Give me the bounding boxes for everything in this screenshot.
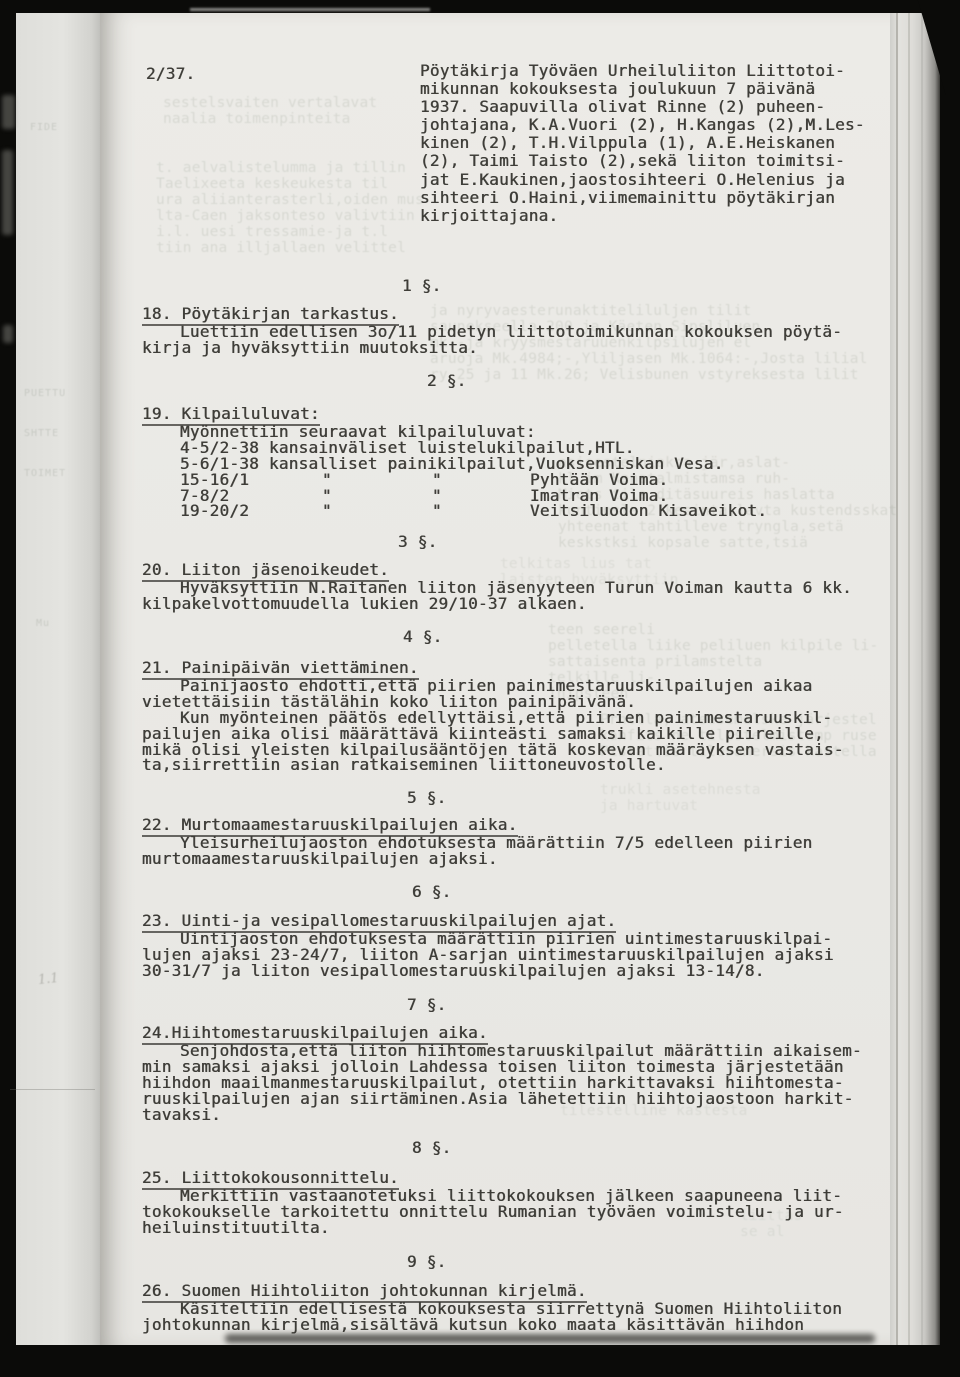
section-title: 24.Hiihtomestaruuskilpailujen aika. xyxy=(142,1025,862,1041)
section-23: 23. Uinti-ja vesipallomestaruuskilpailuj… xyxy=(142,913,834,979)
scan-border-mark xyxy=(3,325,13,343)
section-26: 26. Suomen Hiihtoliiton johtokunnan kirj… xyxy=(142,1283,842,1333)
section-body-line: murtomaamestaruuskilpailujen ajaksi. xyxy=(142,851,813,867)
paragraph-marker: 1 §. xyxy=(402,276,442,295)
section-title: 18. Pöytäkirjan tarkastus. xyxy=(142,306,842,322)
section-title: 20. Liiton jäsenoikeudet. xyxy=(142,562,852,578)
section-title: 22. Murtomaamestaruuskilpailujen aika. xyxy=(142,817,813,833)
paragraph-marker: 4 §. xyxy=(403,627,443,646)
paragraph-marker: 3 §. xyxy=(398,532,438,551)
document-header: Pöytäkirja Työväen Urheiluliiton Liittot… xyxy=(420,62,865,225)
section-body-line: ruuskilpailujen ajan siirtäminen.Asia lä… xyxy=(142,1091,862,1107)
permit-club: Veitsiluodon Kisaveikot. xyxy=(530,503,767,519)
ghost-text-line: tiin ana illjallaen velittel xyxy=(156,240,424,256)
section-22: 22. Murtomaamestaruuskilpailujen aika. Y… xyxy=(142,817,813,867)
ghost-text-line: sestelsvaiten vertalavat xyxy=(163,95,377,111)
section-body-line: johtokunnan kirjelmä,sisältävä kutsun ko… xyxy=(142,1317,842,1333)
ghost-text-line: t. aelvalistelumma ja tillin xyxy=(156,160,424,176)
section-title: 21. Painipäivän viettäminen. xyxy=(142,660,844,676)
header-line: sihteeri O.Haini,viimemainittu pöytäkirj… xyxy=(420,189,865,207)
header-line: mikunnan kokouksesta joulukuun 7 päivänä xyxy=(420,80,865,98)
paper-crease xyxy=(10,1089,95,1090)
ghost-text-line: ja hartuvat xyxy=(600,798,761,814)
paragraph-marker: 9 §. xyxy=(407,1252,447,1271)
ghost-text-block: sestelsvaiten vertalavat naalia toimenpi… xyxy=(163,95,377,127)
page-edge-crease xyxy=(896,13,898,1345)
section-24: 24.Hiihtomestaruuskilpailujen aika. Senj… xyxy=(142,1025,862,1122)
ghost-text-line: yhteenat tahtilleve tryngla,setä xyxy=(558,519,897,535)
ditto-mark: " xyxy=(322,503,332,519)
permit-date: 19-20/2 xyxy=(180,501,249,520)
header-line: kinen (2), T.H.Vilppula (1), A.E.Heiskan… xyxy=(420,134,865,152)
ghost-text-line: keskstksi kopsale satte,tsiä xyxy=(558,535,897,551)
page-edge-crease xyxy=(921,13,923,1345)
ghost-text-line: ry 25 ja 11 Mk.26; Velisbunen vstyrekses… xyxy=(430,367,868,383)
ghost-text-line: naalia toimenpinteita xyxy=(163,111,377,127)
section-title: 26. Suomen Hiihtoliiton johtokunnan kirj… xyxy=(142,1283,842,1299)
section-body-line: 30-31/7 ja liiton vesipallomestaruuskilp… xyxy=(142,963,834,979)
section-25: 25. Liittokokousonnittelu. Merkittiin va… xyxy=(142,1170,844,1236)
ghost-fragment: Mu xyxy=(36,618,50,629)
section-body-line: ta,siirrettiin asian ratkaiseminen liitt… xyxy=(142,757,844,773)
section-title: 23. Uinti-ja vesipallomestaruuskilpailuj… xyxy=(142,913,834,929)
section-title: 25. Liittokokousonnittelu. xyxy=(142,1170,844,1186)
previous-page-edge xyxy=(16,13,102,1345)
section-21: 21. Painipäivän viettäminen. Painijaosto… xyxy=(142,660,844,773)
section-18: 18. Pöytäkirjan tarkastus. Luettiin edel… xyxy=(142,306,842,356)
ghost-text-line: teen seereli xyxy=(548,622,878,638)
section-title: 19. Kilpailuluvat: xyxy=(142,406,724,422)
page-edge-crease xyxy=(908,13,910,1345)
paragraph-marker: 6 §. xyxy=(412,882,452,901)
ghost-text-block: trukli asetehnesta ja hartuvat xyxy=(600,782,761,814)
section-20: 20. Liiton jäsenoikeudet. Hyväksyttiin N… xyxy=(142,562,852,612)
ditto-mark: " xyxy=(432,503,442,519)
paragraph-marker: 5 §. xyxy=(407,788,447,807)
handwritten-margin-mark: 1.1 xyxy=(37,971,59,988)
scanned-document-page: FIDE PUETTU SHTTE TOIMET Mu 1.1 sestelsv… xyxy=(0,0,960,1377)
section-19: 19. Kilpailuluvat: Myönnettiin seuraavat… xyxy=(142,406,724,519)
header-line: kirjoittajana. xyxy=(420,207,865,225)
section-body-line: heiluinstituutilta. xyxy=(142,1220,844,1236)
section-body-line: kilpakelvottomuudella lukien 29/10-37 al… xyxy=(142,596,852,612)
paragraph-marker: 8 §. xyxy=(412,1138,452,1157)
ghost-fragment: SHTTE xyxy=(24,428,59,439)
document-number: 2/37. xyxy=(146,64,195,83)
header-line: johtajana, K.A.Vuori (2), H.Kangas (2),M… xyxy=(420,116,865,134)
ghost-fragment: TOIMET xyxy=(24,468,66,479)
ghost-text-line: lta-Caen jaksonteso valivtiin xyxy=(156,208,424,224)
ghost-text-line: pelletella liike peliluen kilpile li- xyxy=(548,638,878,654)
header-line: (2), Taimi Taisto (2),sekä liiton toimit… xyxy=(420,152,865,170)
ghost-text-line: i.l. uesi tressamie-ja t.l xyxy=(156,224,424,240)
section-body-line: tavaksi. xyxy=(142,1107,862,1123)
ghost-fragment: PUETTU xyxy=(24,388,66,399)
header-line: jat E.Kaukinen,jaostosihteeri O.Helenius… xyxy=(420,171,865,189)
scan-border-mark xyxy=(2,150,13,235)
paragraph-marker: 7 §. xyxy=(407,995,447,1014)
scan-border-mark xyxy=(2,95,15,129)
header-line: 1937. Saapuvilla olivat Rinne (2) puheen… xyxy=(420,98,865,116)
scan-shadow-bottom xyxy=(225,1334,875,1343)
paragraph-marker: 2 §. xyxy=(427,371,467,390)
page-top-edge-highlight xyxy=(190,8,430,11)
ghost-text-line: trukli asetehnesta xyxy=(600,782,761,798)
header-line: Pöytäkirja Työväen Urheiluliiton Liittot… xyxy=(420,62,865,80)
ghost-text-line: Taelixeeta keskeukesta til xyxy=(156,176,424,192)
permit-row: 19-20/2 " " Veitsiluodon Kisaveikot. xyxy=(142,503,724,519)
ghost-text-line: ura aliianterasterli,oiden mus xyxy=(156,192,424,208)
section-body-line: kirja ja hyväksyttiin muutoksitta. xyxy=(142,340,842,356)
ghost-text-block: t. aelvalistelumma ja tillin Taelixeeta … xyxy=(156,160,424,256)
ghost-fragment: FIDE xyxy=(30,122,58,133)
